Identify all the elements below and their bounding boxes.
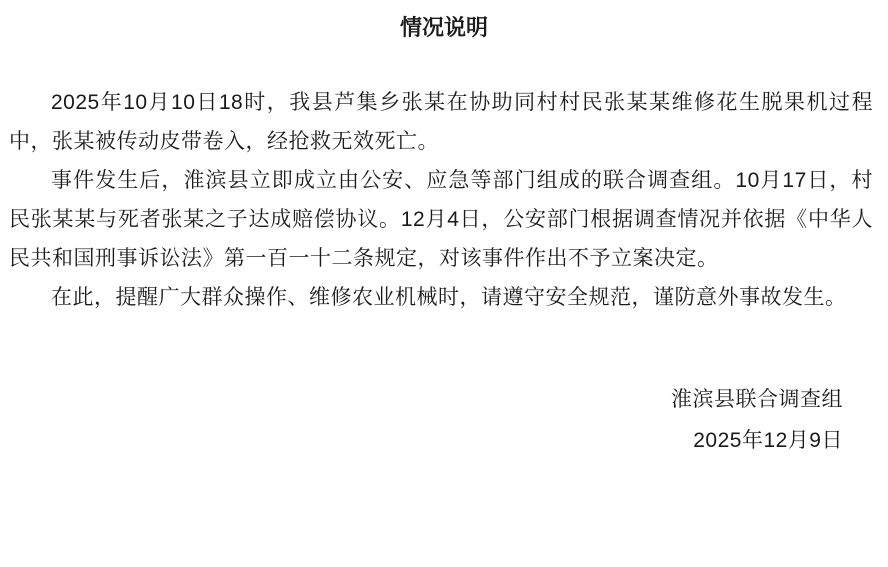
document-body: 2025年10月10日18时，我县芦集乡张某在协助同村村民张某某维修花生脱果机过… bbox=[0, 83, 888, 461]
statement-page: 情况说明 2025年10月10日18时，我县芦集乡张某在协助同村村民张某某维修花… bbox=[0, 0, 888, 567]
paragraph-safety-reminder: 在此，提醒广大群众操作、维修农业机械时，请遵守安全规范，谨防意外事故发生。 bbox=[9, 278, 873, 317]
signature-block: 淮滨县联合调查组 2025年12月9日 bbox=[9, 379, 873, 461]
signature-date: 2025年12月9日 bbox=[9, 420, 843, 461]
signature-organization: 淮滨县联合调查组 bbox=[9, 379, 843, 420]
document-title: 情况说明 bbox=[0, 0, 888, 42]
paragraph-investigation: 事件发生后，淮滨县立即成立由公安、应急等部门组成的联合调查组。10月17日，村民… bbox=[9, 161, 873, 278]
paragraph-incident: 2025年10月10日18时，我县芦集乡张某在协助同村村民张某某维修花生脱果机过… bbox=[9, 83, 873, 161]
